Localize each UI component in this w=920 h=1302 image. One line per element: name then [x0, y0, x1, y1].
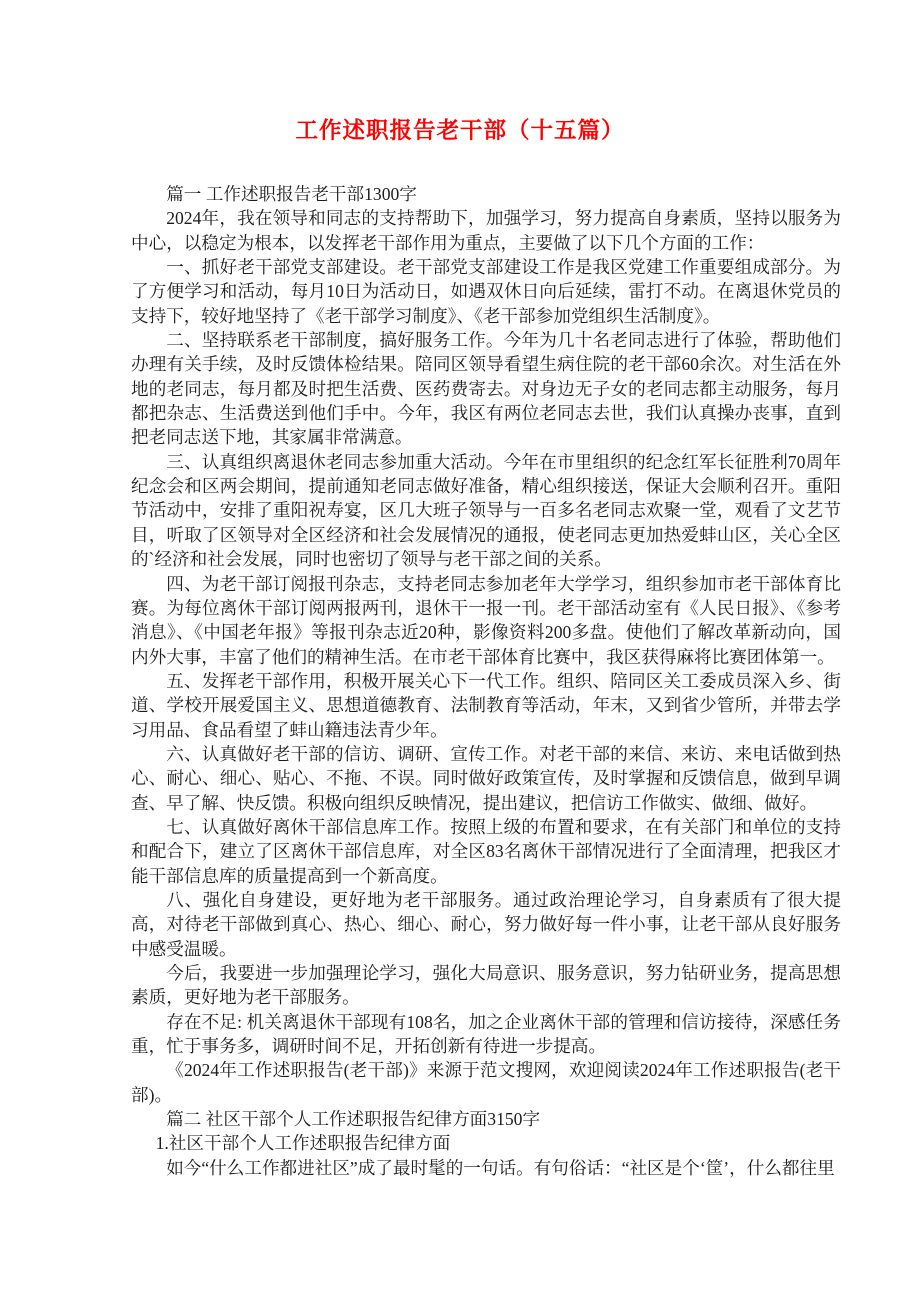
paragraph-section-heading: 篇一 工作述职报告老干部1300字: [131, 182, 841, 206]
paragraph: 如今“什么工作都进社区”成了最时髦的一句话。有句俗话：“社区是个‘筐’，什么都往…: [131, 1156, 841, 1180]
paragraph: 八、强化自身建设，更好地为老干部服务。通过政治理论学习，自身素质有了很大提高，对…: [131, 888, 841, 961]
paragraph: 2024年，我在领导和同志的支持帮助下，加强学习，努力提高自身素质，坚持以服务为…: [131, 206, 841, 255]
paragraph-section-heading: 篇二 社区干部个人工作述职报告纪律方面3150字: [131, 1107, 841, 1131]
paragraph: 《2024年工作述职报告(老干部)》来源于范文搜网，欢迎阅读2024年工作述职报…: [131, 1058, 841, 1107]
paragraph: 四、为老干部订阅报刊杂志，支持老同志参加老年大学学习，组织参加市老干部体育比赛。…: [131, 572, 841, 669]
document-page: 工作述职报告老干部（十五篇） 篇一 工作述职报告老干部1300字 2024年，我…: [0, 0, 920, 1302]
paragraph: 一、抓好老干部党支部建设。老干部党支部建设工作是我区党建工作重要组成部分。为了方…: [131, 255, 841, 328]
document-body: 篇一 工作述职报告老干部1300字 2024年，我在领导和同志的支持帮助下，加强…: [131, 182, 841, 1180]
paragraph: 三、认真组织离退休老同志参加重大活动。今年在市里组织的纪念红军长征胜利70周年纪…: [131, 450, 841, 572]
paragraph: 五、发挥老干部作用，积极开展关心下一代工作。组织、陪同区关工委成员深入乡、街道、…: [131, 669, 841, 742]
page-title: 工作述职报告老干部（十五篇）: [0, 116, 920, 146]
paragraph: 二、坚持联系老干部制度，搞好服务工作。今年为几十名老同志进行了体验，帮助他们办理…: [131, 328, 841, 450]
paragraph: 今后，我要进一步加强理论学习，强化大局意识、服务意识，努力钻研业务，提高思想素质…: [131, 961, 841, 1010]
paragraph: 六、认真做好老干部的信访、调研、宣传工作。对老干部的来信、来访、来电话做到热心、…: [131, 742, 841, 815]
paragraph: 存在不足: 机关离退休干部现有108名，加之企业离休干部的管理和信访接待，深感任…: [131, 1010, 841, 1059]
paragraph: 七、认真做好离休干部信息库工作。按照上级的布置和要求，在有关部门和单位的支持和配…: [131, 815, 841, 888]
paragraph-subheading: 1.社区干部个人工作述职报告纪律方面: [131, 1131, 841, 1155]
